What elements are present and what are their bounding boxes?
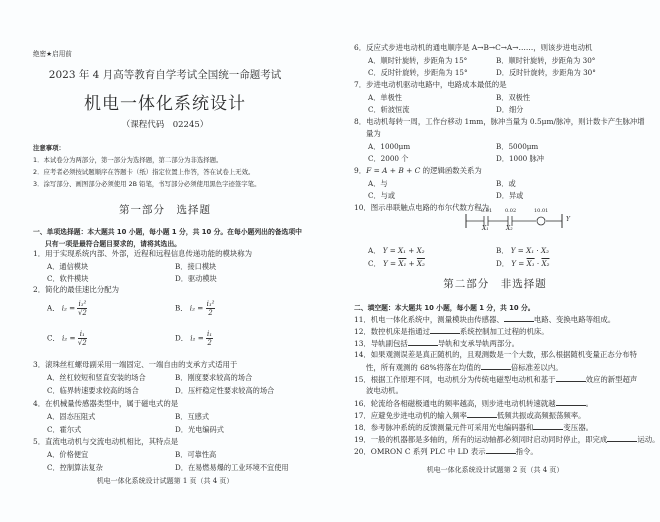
q8-option-d: D．1000 脉冲 — [496, 154, 544, 164]
notice-item: 2．应考者必须按试题顺序在答题卡（纸）指定位置上作答，答在试卷上无效。 — [33, 167, 254, 176]
fraction: i₁²√2 — [77, 300, 87, 317]
question-7-stem: 7．步进电动机驱动电路中，电路成本最低的是 — [354, 80, 507, 90]
ladder-diagram: 0.01 0.02 10.01 X₁ X₂ Y — [462, 210, 602, 232]
question-2-stem: 2．简化的最佳速比分配为 — [33, 285, 119, 295]
q5-option-a: A．价格便宜 — [47, 450, 88, 460]
q6-option-b: B．顺时针旋转，步距角为 30° — [496, 56, 595, 66]
course-title: 机电一体化系统设计 — [0, 89, 330, 114]
q7-option-b: B．双极性 — [496, 93, 530, 103]
q7-option-a: A．单极性 — [368, 93, 402, 103]
option-label: A． — [47, 304, 59, 313]
q4-option-d: D．光电编码式 — [175, 425, 224, 435]
fraction: i₁√2 — [78, 330, 87, 347]
q2-option-c: C． i₂ = i₁√2 — [47, 330, 87, 347]
q5-option-d: D．在易燃易爆的工业环境不宜使用 — [175, 463, 289, 473]
exam-page-2: 6．反应式步进电动机的通电顺序是 A→B→C→A→……，则该步进电动机 A．顺时… — [330, 0, 660, 522]
question-4-stem: 4．在机械量传感器类型中，属于磁电式的是 — [33, 399, 178, 409]
q9-option-b: B．或 — [496, 179, 516, 189]
q2-option-d: D． i₂ = i₁2 — [175, 330, 213, 347]
q5-option-c: C．控制算法复杂 — [47, 463, 103, 473]
q1-option-b: B．接口模块 — [175, 262, 216, 272]
formula-lhs: i₂ = — [190, 304, 204, 313]
question-5-stem: 5．直流电动机与交流电动机相比，其特点是 — [33, 437, 178, 447]
logic-formula: F = A + B + C — [366, 166, 420, 175]
q7-option-c: C．斩波恒流 — [368, 105, 409, 115]
contact-2-address: 0.02 — [505, 208, 516, 214]
formula-lhs: i₂ = — [190, 334, 204, 343]
q8-option-b: B．5000μm — [496, 142, 538, 152]
option-label: B． — [175, 304, 187, 313]
question-9-stem: 9．F = A + B + C 的逻辑函数关系为 — [354, 166, 482, 176]
exam-page-1: 绝密★启用前 2023 年 4 月高等教育自学考试全国统一命题考试 机电一体化系… — [0, 0, 330, 522]
notice-item: 1．本试卷分为两部分，第一部分为选择题，第二部分为非选择题。 — [33, 155, 222, 164]
question-6-stem: 6．反应式步进电动机的通电顺序是 A→B→C→A→……，则该步进电动机 — [354, 43, 592, 53]
formula-lhs: i₂ = — [62, 304, 76, 313]
contact-1-address: 0.01 — [481, 208, 492, 214]
q7-option-d: D．细分 — [496, 105, 523, 115]
question-1-stem: 1．用于实现系统内部、外部，近程和远程信息传递功能的模块称为 — [33, 249, 252, 259]
formula-lhs: i₂ = — [62, 334, 76, 343]
q1-option-d: D．驱动模块 — [175, 274, 217, 284]
stem-text: 的逻辑函数关系为 — [420, 166, 481, 175]
fraction: i₁²2 — [206, 300, 216, 317]
q5-option-b: B．可靠性高 — [175, 450, 216, 460]
q3-option-c: C．临界转速要求较高的场合 — [47, 386, 139, 396]
q4-option-b: B．互感式 — [175, 412, 209, 422]
contact-2-var: X₂ — [506, 225, 513, 232]
option-label: D． — [175, 334, 188, 343]
section1-heading: 一、单项选择题：本大题共 10 小题，每小题 1 分，共 10 分。在每小题列出… — [33, 226, 302, 236]
q4-option-a: A．固态压阻式 — [47, 412, 95, 422]
question-8-stem-cont: 量为 — [366, 129, 381, 139]
q2-option-b: B． i₂ = i₁²2 — [175, 300, 215, 317]
q6-option-a: A．顺时针旋转，步距角为 15° — [368, 56, 467, 66]
section1-heading-cont: 只有一项是最符合题目要求的，请将其选出。 — [45, 238, 181, 248]
question-8-stem: 8．电动机每转一周，工作台移动 1mm，脉冲当量为 0.5μm/脉冲，则计数卡产… — [354, 117, 645, 127]
question-3-stem: 3．滚珠丝杠螺母副采用一端固定、一端自由的支承方式适用于 — [33, 360, 237, 370]
q3-option-a: A．丝杠较短和竖直安装的场合 — [47, 373, 146, 383]
q8-option-a: A．1000μm — [368, 142, 410, 152]
q6-option-c: C．反时针旋转，步距角为 15° — [368, 68, 468, 78]
secret-mark: 绝密★启用前 — [33, 48, 72, 58]
option-label: C． — [47, 334, 60, 343]
notice-item: 3．涂写部分、画图部分必须使用 2B 铅笔，书写部分必须使用黑色字迹签字笔。 — [33, 179, 260, 188]
q9-option-a: A．与 — [368, 179, 388, 189]
q3-option-d: D．压杆稳定性要求较高的场合 — [175, 386, 274, 396]
q8-option-c: C．2000 个 — [368, 154, 408, 164]
q9-option-c: C．与或 — [368, 191, 395, 201]
q1-option-c: C．软件模块 — [47, 274, 88, 284]
question-number: 9． — [354, 166, 366, 175]
q9-option-d: D．异或 — [496, 191, 523, 201]
q4-option-c: C．霍尔式 — [47, 425, 81, 435]
coil-address: 10.01 — [534, 208, 548, 214]
output-var: Y — [566, 216, 570, 223]
fraction: i₁2 — [206, 330, 213, 347]
page-footer: 机电一体化系统设计试题第 1 页（共 4 页） — [0, 476, 330, 486]
q3-option-b: B．刚度要求较高的场合 — [175, 373, 252, 383]
q2-option-a: A． i₂ = i₁²√2 — [47, 300, 87, 317]
exam-title: 2023 年 4 月高等教育自学考试全国统一命题考试 — [0, 67, 330, 82]
course-code: （课程代码 02245） — [0, 118, 330, 130]
notice-heading: 注意事项： — [33, 143, 65, 152]
q1-option-a: A．通信模块 — [47, 262, 88, 272]
part1-title: 第一部分 选择题 — [0, 202, 330, 217]
contact-1-var: X₁ — [482, 225, 489, 232]
q6-option-d: D．反时针旋转，步距角为 30° — [496, 68, 596, 78]
